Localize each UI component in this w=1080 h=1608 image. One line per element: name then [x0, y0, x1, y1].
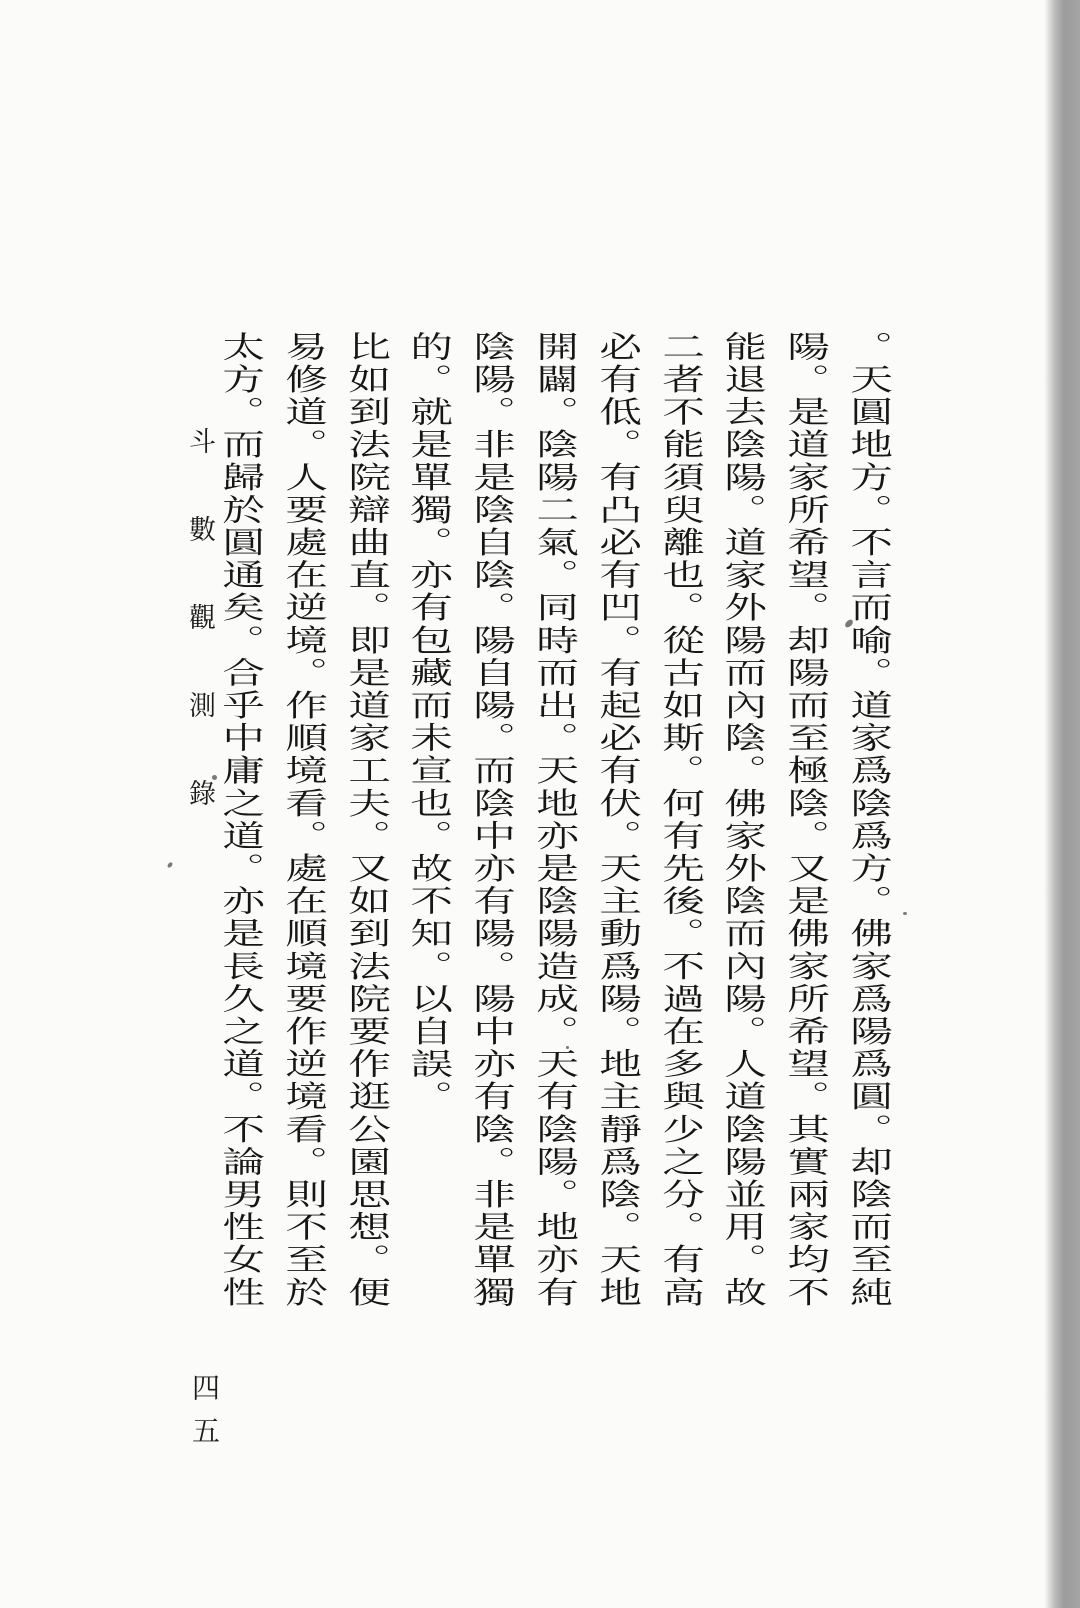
- scan-speck: [212, 775, 217, 780]
- scan-speck: [566, 1046, 569, 1049]
- scan-speck: [257, 1162, 261, 1166]
- page-scan: 。天圓地方。不言而喻。道家爲陰爲方。佛家爲陽爲圓。却陰而至純陽。是道家所希望。却…: [0, 0, 1080, 1608]
- book-title: 斗數觀測錄: [181, 427, 220, 867]
- scan-speck: [903, 912, 907, 915]
- scan-speck: [167, 861, 174, 868]
- scan-edge-shadow: [1044, 0, 1080, 1608]
- page-number: 四五: [183, 1373, 223, 1459]
- body-text: 。天圓地方。不言而喻。道家爲陰爲方。佛家爲陽爲圓。却陰而至純陽。是道家所希望。却…: [208, 331, 896, 1309]
